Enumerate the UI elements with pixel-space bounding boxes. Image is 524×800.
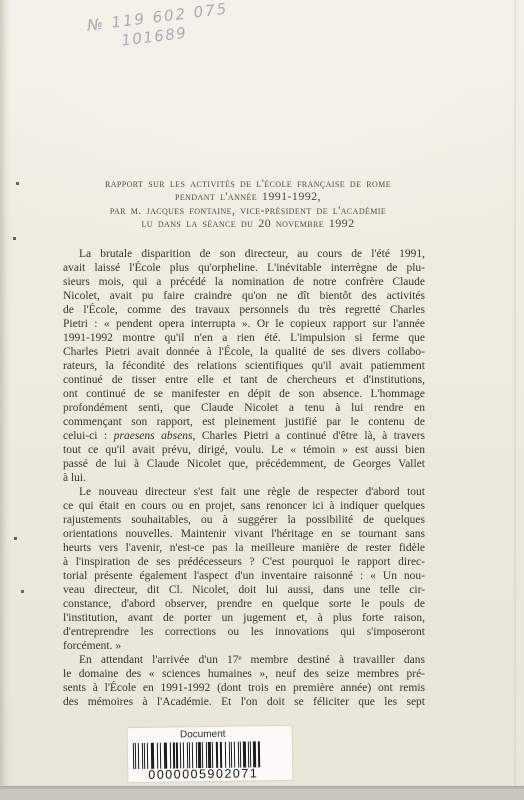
body-line: rateurs, la fécondité des relations scie… bbox=[63, 359, 425, 373]
body-line: l'institution, avant de porter un jugeme… bbox=[63, 611, 425, 625]
body-line: le domaine des « sciences humaines », ne… bbox=[63, 667, 425, 681]
body-line: des mémoires à l'Académie. Et l'on doit … bbox=[63, 695, 425, 709]
handwritten-shelfmark: № 119 602 075 101689 bbox=[86, 0, 231, 54]
ink-speck bbox=[13, 237, 16, 240]
ink-speck bbox=[21, 590, 24, 593]
body-line: commençant son rapport, est pleinement j… bbox=[63, 415, 425, 429]
body-line: à lui. bbox=[63, 471, 425, 485]
body-line: forcément. » bbox=[63, 639, 425, 653]
body-line: Le nouveau directeur s'est fait une règl… bbox=[63, 485, 425, 499]
scan-left-edge bbox=[0, 0, 10, 800]
body-text: La brutale disparition de son directeur,… bbox=[63, 247, 425, 709]
body-line: de l'École, comme des travaux personnels… bbox=[63, 303, 425, 317]
body-line: orientations nouvelles. Maintenir vivant… bbox=[63, 527, 425, 541]
body-line: Pietri : « pendent opera interrupta ». O… bbox=[63, 317, 425, 331]
body-line: sieurs mois, qui a précédé la nomination… bbox=[63, 275, 425, 289]
body-line: La brutale disparition de son directeur,… bbox=[63, 247, 425, 261]
body-line: 1991-1992 montre qu'il n'en a rien été. … bbox=[63, 331, 425, 345]
body-line: Charles Pietri avait donnée à l'École, l… bbox=[63, 345, 425, 359]
barcode-inner: Document 0000005902071 bbox=[133, 726, 274, 782]
body-line: continué de tisser entre elle et tant de… bbox=[63, 373, 425, 387]
scan-right-edge bbox=[513, 0, 516, 800]
body-line: avait laissé l'École plus qu'orpheline. … bbox=[63, 261, 425, 275]
body-line: sents à l'École en 1991-1992 (dont trois… bbox=[63, 681, 425, 695]
barcode-caption: Document bbox=[133, 726, 273, 742]
body-line: veau directeur, dit Cl. Nicolet, doit lu… bbox=[63, 583, 425, 597]
body-line: tout ce qu'il avait prévu, dirigé, voulu… bbox=[63, 443, 425, 457]
body-line: constance, d'abord observer, prendre en … bbox=[63, 597, 425, 611]
body-line: à l'inspiration de ses prédécesseurs ? C… bbox=[63, 555, 425, 569]
body-line: heurts vers l'avenir, n'est-ce pas la me… bbox=[63, 541, 425, 555]
scanned-page: № 119 602 075 101689 RAPPORT SUR LES ACT… bbox=[0, 0, 524, 800]
barcode-number: 0000005902071 bbox=[133, 767, 273, 782]
title-line-4: LU DANS LA SÉANCE DU 20 NOVEMBRE 1992 bbox=[62, 217, 434, 230]
report-title-block: RAPPORT SUR LES ACTIVITÉS DE L'ÉCOLE FRA… bbox=[62, 177, 434, 231]
body-line: celui-ci : praesens absens, Charles Piet… bbox=[63, 429, 425, 443]
scan-bottom-edge bbox=[0, 786, 524, 800]
ink-speck bbox=[16, 182, 19, 185]
title-line-1: RAPPORT SUR LES ACTIVITÉS DE L'ÉCOLE FRA… bbox=[62, 177, 434, 190]
body-line: En attendant l'arrivée d'un 17ᵉ membre d… bbox=[63, 653, 425, 667]
body-line: ce qui était en cours ou en projet, sans… bbox=[63, 499, 425, 513]
ink-speck bbox=[14, 537, 17, 540]
body-line: Nicolet, avait pu faire craindre qu'on n… bbox=[63, 289, 425, 303]
barcode-label: Document 0000005902071 bbox=[128, 726, 293, 782]
body-line: d'entreprendre les corrections ou les in… bbox=[63, 625, 425, 639]
title-line-3: PAR M. JACQUES FONTAINE, VICE-PRÉSIDENT … bbox=[62, 204, 434, 217]
body-line: torial présente également l'aspect d'un … bbox=[63, 569, 425, 583]
barcode-bars bbox=[133, 741, 273, 769]
body-line: passé de lui à Claude Nicolet que, précé… bbox=[63, 457, 425, 471]
body-line: ont continué de se manifester en dépit d… bbox=[63, 387, 425, 401]
body-line: rajustements souhaitables, ou à suggérer… bbox=[63, 513, 425, 527]
title-line-2: PENDANT L'ANNÉE 1991-1992, bbox=[62, 190, 434, 203]
body-line: profondément senti, que Claude Nicolet a… bbox=[63, 401, 425, 415]
